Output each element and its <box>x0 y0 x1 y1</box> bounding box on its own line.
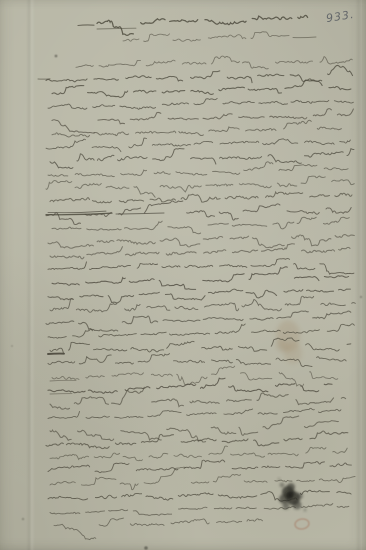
handwritten-text-lines <box>38 15 355 539</box>
red-seal-mark <box>294 518 309 530</box>
rust-stain <box>276 320 302 364</box>
handwriting-layer <box>0 0 366 550</box>
manuscript-scan: 933. <box>0 0 366 550</box>
paper-specks <box>11 55 362 550</box>
